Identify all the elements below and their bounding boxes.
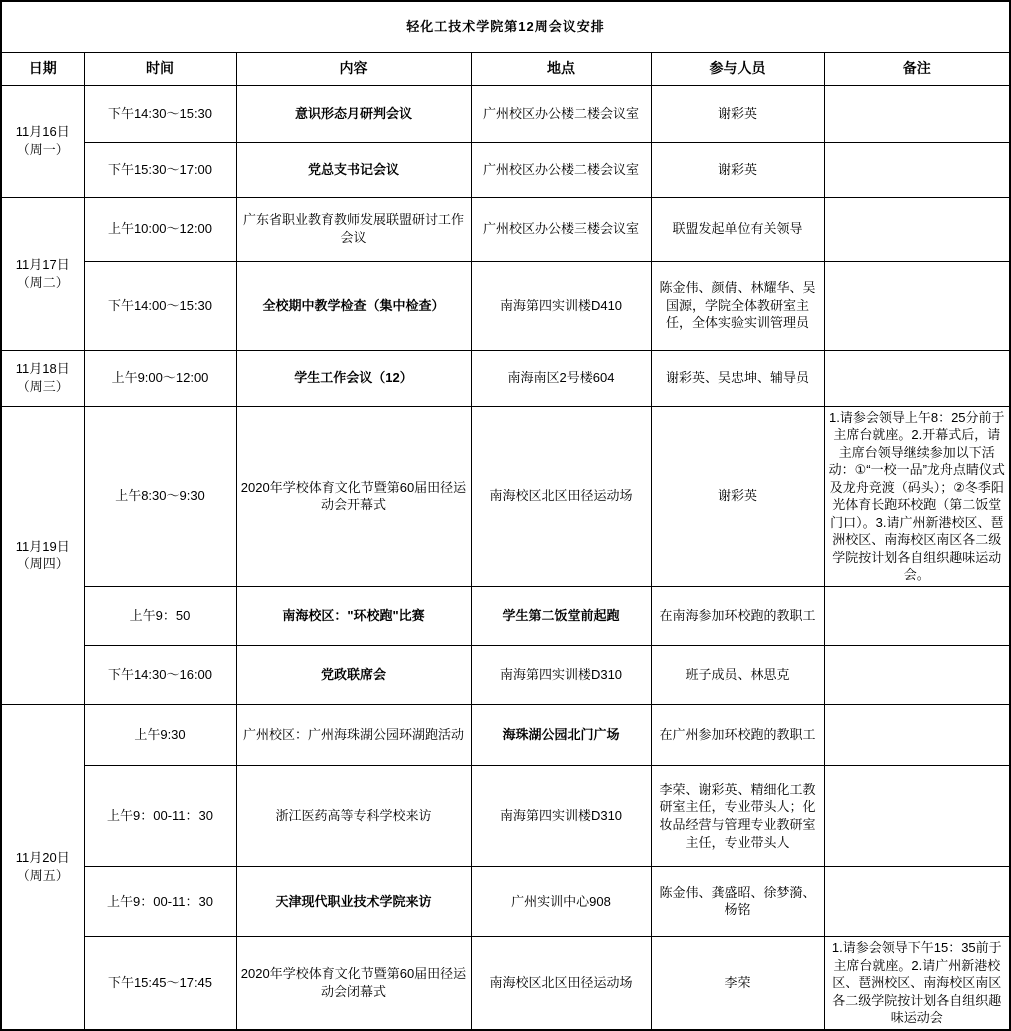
weekday-label: （周五） [6,867,80,885]
time-cell: 上午9：00-11：30 [84,765,236,866]
meeting-schedule-table: 轻化工技术学院第12周会议安排 日期 时间 内容 地点 参与人员 备注 11月1… [0,0,1011,1031]
remarks-cell [824,765,1010,866]
location-cell: 南海校区北区田径运动场 [471,936,651,1029]
location-cell: 广州校区办公楼二楼会议室 [471,142,651,197]
time-cell: 上午8:30～9:30 [84,406,236,586]
table-row: 11月19日 （周四） 上午8:30～9:30 2020年学校体育文化节暨第60… [1,406,1010,586]
participants-cell: 陈金伟、颜倩、林耀华、吴国源，学院全体教研室主任，全体实验实训管理员 [651,261,824,350]
date-label: 11月17日 [6,256,80,274]
location-cell: 南海校区北区田径运动场 [471,406,651,586]
date-cell: 11月17日 （周二） [1,197,84,350]
table-row: 11月17日 （周二） 上午10:00～12:00 广东省职业教育教师发展联盟研… [1,197,1010,261]
time-cell: 下午14:30～16:00 [84,645,236,704]
content-cell: 意识形态月研判会议 [236,85,471,142]
participants-cell: 谢彩英 [651,142,824,197]
remarks-cell: 1.请参会领导下午15：35前于主席台就座。2.请广州新港校区、琶洲校区、南海校… [824,936,1010,1029]
participants-cell: 陈金伟、龚盛昭、徐梦漪、杨铭 [651,866,824,936]
remarks-cell [824,586,1010,645]
location-cell: 南海第四实训楼D410 [471,261,651,350]
participants-cell: 谢彩英 [651,85,824,142]
date-cell: 11月20日 （周五） [1,704,84,1029]
remarks-cell [824,197,1010,261]
content-cell: 浙江医药高等专科学校来访 [236,765,471,866]
time-cell: 下午14:30～15:30 [84,85,236,142]
header-row: 日期 时间 内容 地点 参与人员 备注 [1,52,1010,85]
participants-cell: 在南海参加环校跑的教职工 [651,586,824,645]
participants-cell: 谢彩英、吴忠坤、辅导员 [651,350,824,406]
column-header-content: 内容 [236,52,471,85]
location-cell: 南海第四实训楼D310 [471,765,651,866]
content-cell: 南海校区："环校跑"比赛 [236,586,471,645]
content-cell: 天津现代职业技术学院来访 [236,866,471,936]
table-row: 下午14:00～15:30 全校期中教学检查（集中检查） 南海第四实训楼D410… [1,261,1010,350]
table-row: 下午15:30～17:00 党总支书记会议 广州校区办公楼二楼会议室 谢彩英 [1,142,1010,197]
table-row: 上午9：00-11：30 天津现代职业技术学院来访 广州实训中心908 陈金伟、… [1,866,1010,936]
content-cell: 学生工作会议（12） [236,350,471,406]
location-cell: 南海南区2号楼604 [471,350,651,406]
column-header-participants: 参与人员 [651,52,824,85]
remarks-cell: 1.请参会领导上午8：25分前于主席台就座。2.开幕式后，请主席台领导继续参加以… [824,406,1010,586]
content-cell: 广州校区：广州海珠湖公园环湖跑活动 [236,704,471,765]
weekday-label: （周四） [6,555,80,573]
time-cell: 上午9：50 [84,586,236,645]
remarks-cell [824,350,1010,406]
remarks-cell [824,142,1010,197]
column-header-time: 时间 [84,52,236,85]
title-row: 轻化工技术学院第12周会议安排 [1,1,1010,52]
table-row: 上午9：00-11：30 浙江医药高等专科学校来访 南海第四实训楼D310 李荣… [1,765,1010,866]
remarks-cell [824,261,1010,350]
page-title: 轻化工技术学院第12周会议安排 [1,1,1010,52]
column-header-remarks: 备注 [824,52,1010,85]
remarks-cell [824,866,1010,936]
participants-cell: 在广州参加环校跑的教职工 [651,704,824,765]
date-cell: 11月18日 （周三） [1,350,84,406]
time-cell: 上午9:00～12:00 [84,350,236,406]
time-cell: 下午14:00～15:30 [84,261,236,350]
weekday-label: （周一） [6,141,80,159]
participants-cell: 班子成员、林思克 [651,645,824,704]
time-cell: 上午9:30 [84,704,236,765]
time-cell: 下午15:30～17:00 [84,142,236,197]
location-cell: 广州校区办公楼三楼会议室 [471,197,651,261]
location-cell: 广州实训中心908 [471,866,651,936]
column-header-date: 日期 [1,52,84,85]
column-header-location: 地点 [471,52,651,85]
content-cell: 2020年学校体育文化节暨第60届田径运动会开幕式 [236,406,471,586]
time-cell: 上午10:00～12:00 [84,197,236,261]
participants-cell: 联盟发起单位有关领导 [651,197,824,261]
location-cell: 广州校区办公楼二楼会议室 [471,85,651,142]
date-label: 11月19日 [6,538,80,556]
schedule-sheet: 轻化工技术学院第12周会议安排 日期 时间 内容 地点 参与人员 备注 11月1… [0,0,1011,988]
content-cell: 2020年学校体育文化节暨第60届田径运动会闭幕式 [236,936,471,1029]
content-cell: 党政联席会 [236,645,471,704]
time-cell: 上午9：00-11：30 [84,866,236,936]
table-row: 11月20日 （周五） 上午9:30 广州校区：广州海珠湖公园环湖跑活动 海珠湖… [1,704,1010,765]
time-cell: 下午15:45～17:45 [84,936,236,1029]
date-label: 11月20日 [6,849,80,867]
content-cell: 广东省职业教育教师发展联盟研讨工作会议 [236,197,471,261]
remarks-cell [824,85,1010,142]
location-cell: 学生第二饭堂前起跑 [471,586,651,645]
remarks-cell [824,645,1010,704]
weekday-label: （周二） [6,274,80,292]
content-cell: 党总支书记会议 [236,142,471,197]
content-cell: 全校期中教学检查（集中检查） [236,261,471,350]
table-row: 上午9：50 南海校区："环校跑"比赛 学生第二饭堂前起跑 在南海参加环校跑的教… [1,586,1010,645]
participants-cell: 谢彩英 [651,406,824,586]
table-row: 下午14:30～16:00 党政联席会 南海第四实训楼D310 班子成员、林思克 [1,645,1010,704]
table-row: 11月16日 （周一） 下午14:30～15:30 意识形态月研判会议 广州校区… [1,85,1010,142]
table-row: 下午15:45～17:45 2020年学校体育文化节暨第60届田径运动会闭幕式 … [1,936,1010,1029]
date-label: 11月16日 [6,123,80,141]
date-label: 11月18日 [6,360,80,378]
date-cell: 11月19日 （周四） [1,406,84,704]
date-cell: 11月16日 （周一） [1,85,84,197]
weekday-label: （周三） [6,378,80,396]
location-cell: 海珠湖公园北门广场 [471,704,651,765]
remarks-cell [824,704,1010,765]
location-cell: 南海第四实训楼D310 [471,645,651,704]
table-row: 11月18日 （周三） 上午9:00～12:00 学生工作会议（12） 南海南区… [1,350,1010,406]
participants-cell: 李荣、谢彩英、精细化工教研室主任，专业带头人；化妆品经营与管理专业教研室主任，专… [651,765,824,866]
participants-cell: 李荣 [651,936,824,1029]
